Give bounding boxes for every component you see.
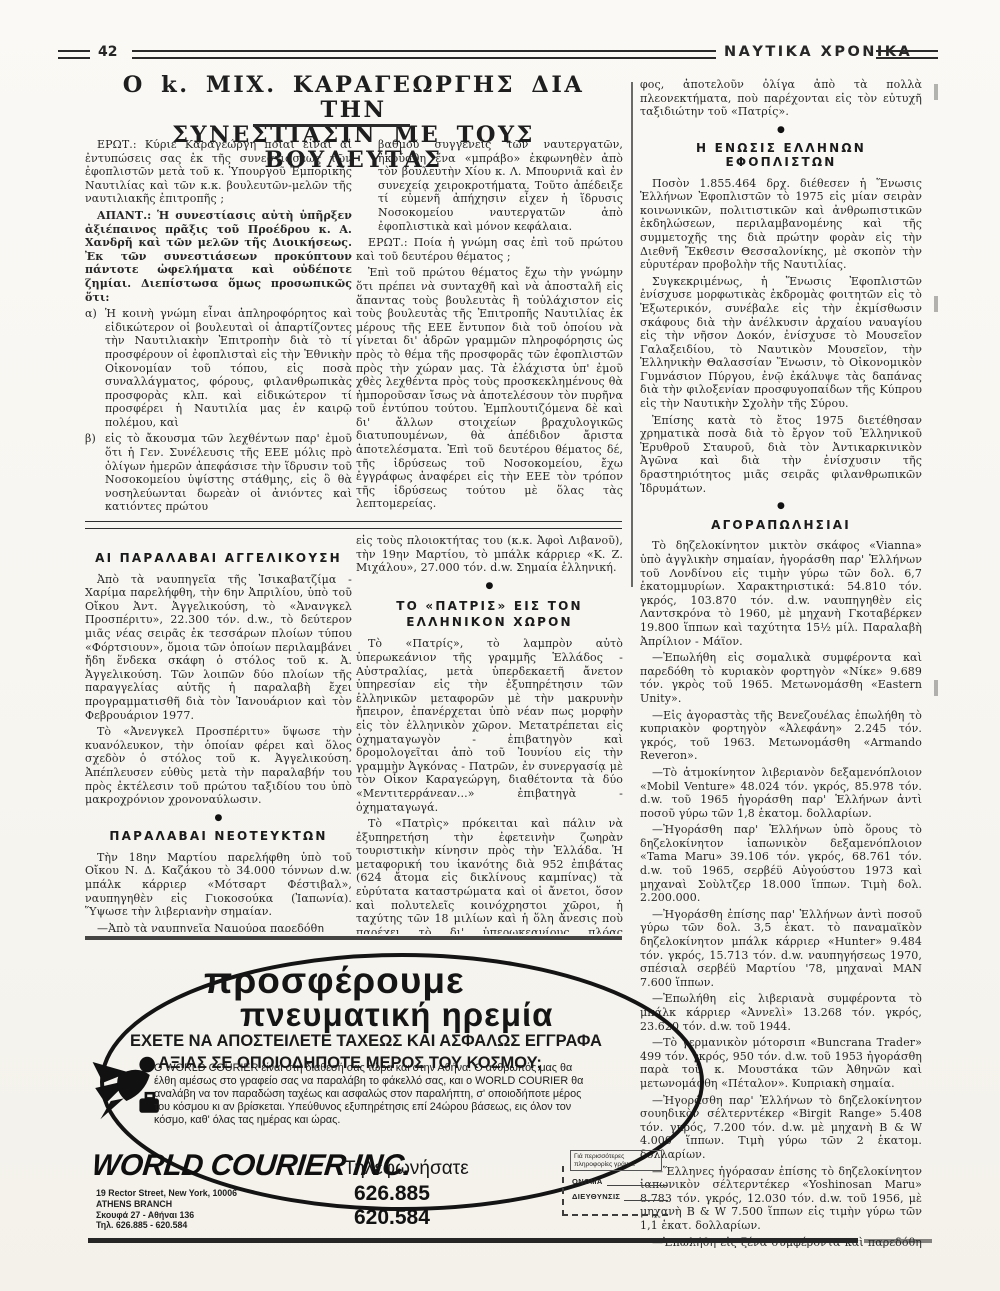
enosis-paragraph-3: Ἐπίσης κατὰ τὸ ἔτος 1975 διετέθησαν χρημ… <box>640 414 922 496</box>
page-bottom-rule-fade <box>864 1239 932 1243</box>
deliveries-continuation: εἰς τοὺς πλοιοκτήτας του (κ.κ. Ἀφοὶ Λιβα… <box>356 534 623 575</box>
interview-answer-2: Ἐπὶ τοῦ πρώτου θέματος ἔχω τὴν γνώμην ὅτ… <box>356 266 623 511</box>
sales-paragraph: —Ἠγοράσθη παρ' Ἑλλήνων ὑπὸ ὅρους τὸ δηζε… <box>640 823 922 905</box>
ad-address-block: 19 Rector Street, New York, 10006 ATHENS… <box>96 1188 237 1231</box>
bullet-separator-icon: ● <box>640 500 922 514</box>
header-rule-right <box>876 50 938 59</box>
item-b-marker: β) <box>85 432 105 514</box>
ad-subhead-line1: ΕΧΕΤΕ ΝΑ ΑΠΟΣΤΕΙΛΕΤΕ ΤΑΧΕΩΣ ΚΑΙ ΑΣΦΑΛΩΣ … <box>130 1032 602 1051</box>
neoteykta-paragraph-1: Τὴν 18ην Μαρτίου παρελήφθη ὑπὸ τοῦ Οἴκου… <box>85 851 352 919</box>
ad-info-coupon: Γιά περισσότερες πληροφορίες γράψτε ΟΝΟΜ… <box>556 1150 668 1216</box>
coupon-dashed-border <box>562 1166 668 1216</box>
header-rule-left <box>58 50 90 59</box>
section-title-neoteykta: ΠΑΡΑΛΑΒΑΙ ΝΕΟΤΕΥΚΤΩΝ <box>85 830 352 844</box>
column2-interview: βαθμοῦ συγγενεῖς τῶν ναυτεργατῶν, ἠκούσθ… <box>356 138 623 526</box>
sales-paragraph: Τὸ δηζελοκίνητον μικτὸν σκάφος «Vianna» … <box>640 539 922 648</box>
enosis-paragraph-1: Ποσὸν 1.855.464 δρχ. διέθεσεν ἡ Ἕνωσις Ἑ… <box>640 177 922 272</box>
ad-address-line4: Τηλ. 626.885 - 620.584 <box>96 1220 237 1231</box>
scan-artifact <box>934 84 938 100</box>
patris-continuation: φος, ἀποτελοῦν ὀλίγα ἀπὸ τὰ πολλὰ πλεονε… <box>640 78 922 119</box>
interview-item-a: α) Ἡ κοινὴ γνώμη εἶναι ἀπληροφόρητος καὶ… <box>85 307 352 429</box>
page-bottom-rule <box>88 1238 858 1243</box>
ad-headline-line2: πνευματική ηρεμία <box>240 996 553 1034</box>
interview-answer-1: ΑΠΑΝΤ.: Ἡ συνεστίασις αὐτὴ ὑπῆρξεν ἀξιέπ… <box>85 209 352 304</box>
article-headline-line1: Ο k. ΜΙΧ. ΚΑΡΑΓΕΩΡΓΗΣ ΔΙΑ ΤΗΝ <box>85 73 622 123</box>
item-a-text: Ἡ κοινὴ γνώμη εἶναι ἀπληροφόρητος καὶ εἰ… <box>105 307 352 429</box>
bullet-separator-icon: ● <box>85 812 352 826</box>
sales-paragraph: —Εἰς ἀγοραστὰς τῆς Βενεζουέλας ἐπωλήθη τ… <box>640 709 922 763</box>
section-title-patris: ΤΟ «ΠΑΤΡΙΣ» ΕΙΣ ΤΟΝ ΕΛΛΗΝΙΚΟΝ ΧΩΡΟΝ <box>356 598 623 630</box>
magazine-page: 42 ΝΑΥΤΙΚΑ ΧΡΟΝΙΚΑ Ο k. ΜΙΧ. ΚΑΡΑΓΕΩΡΓΗΣ… <box>0 0 1000 1291</box>
patris-paragraph-2: Τὸ «Πατρὶς» πρόκειται καὶ πάλιν νὰ ἐξυπη… <box>356 817 623 934</box>
neoteykta-paragraph-2: —Ἀπὸ τὰ ναυπηγεῖα Ναμούρα παρεδόθη <box>85 922 352 932</box>
interview-question-1: ΕΡΩΤ.: Κύριε Καραγεώργη ποῖαι εἶναι αἱ ἐ… <box>85 138 352 206</box>
patris-title-line2: ΕΛΛΗΝΙΚΟΝ ΧΩΡΟΝ <box>356 614 623 630</box>
header-rule-center <box>132 50 716 59</box>
section-divider-rule <box>85 521 622 529</box>
interview-item-b: β) εἰς τὸ ἄκουσμα τῶν λεχθέντων παρ' ἐμο… <box>85 432 352 514</box>
section-title-sales: ΑΓΟΡΑΠΩΛΗΣΙΑΙ <box>640 519 922 533</box>
ad-address-line1: 19 Rector Street, New York, 10006 <box>96 1188 237 1199</box>
bullet-separator-icon: ● <box>640 124 922 138</box>
patris-title-line1: ΤΟ «ΠΑΤΡΙΣ» ΕΙΣ ΤΟΝ <box>356 598 623 614</box>
ad-body-text: Ο WORLD COURIER είναι στη διάθεσή σας τώ… <box>154 1062 584 1127</box>
scan-artifact <box>934 680 938 696</box>
bullet-separator-icon: ● <box>356 580 623 594</box>
coupon-note-line1: Γιά περισσότερες <box>574 1153 658 1161</box>
patris-paragraph-1: Τὸ «Πατρίς», τὸ λαμπρὸν αὐτὸ ὑπερωκεάνιο… <box>356 637 623 814</box>
interview-item-b-cont: βαθμοῦ συγγενεῖς τῶν ναυτεργατῶν, ἠκούσθ… <box>356 138 623 233</box>
column-divider <box>631 82 633 587</box>
ad-top-rule <box>85 936 622 940</box>
angelikousis-paragraph-2: Τὸ «Ἀνενγκελ Προσπέριτυ» ὕψωσε τὴν κυανό… <box>85 725 352 807</box>
item-a-marker: α) <box>85 307 105 429</box>
sales-paragraph: —Τὸ ἀτμοκίνητον λιβεριανὸν δεξαμενόπλοιο… <box>640 766 922 820</box>
ad-address-line3: Σκουφά 27 - Αθήναι 136 <box>96 1210 237 1221</box>
ad-phone-number-2: 620.584 <box>354 1206 430 1230</box>
section-title-angelikousis: ΑΙ ΠΑΡΑΛΑΒΑΙ ΑΓΓΕΛΙΚΟΥΣΗ <box>85 552 352 566</box>
section-title-enosis: Η ΕΝΩΣΙΣ ΕΛΛΗΝΩΝ ΕΦΟΠΛΙΣΤΩΝ <box>640 142 922 169</box>
scan-artifact <box>934 296 938 312</box>
column1-interview: ΕΡΩΤ.: Κύριε Καραγεώργη ποῖαι εἶναι αἱ ἐ… <box>85 138 352 526</box>
sales-paragraph: —Ἐπωλήθη εἰς σομαλικὰ συμφέροντα καὶ παρ… <box>640 651 922 705</box>
headline-underline <box>253 124 410 127</box>
angelikousis-paragraph-1: Ἀπὸ τὰ ναυπηγεῖα τῆς Ἰσικαβατζίμα - Χαρί… <box>85 573 352 723</box>
ad-phone-label: Τηλεφωνήσατε <box>344 1158 469 1180</box>
page-number: 42 <box>98 44 117 60</box>
ad-phone-number-1: 626.885 <box>354 1182 430 1206</box>
ad-address-line2: ATHENS BRANCH <box>96 1199 237 1210</box>
column2-sections: εἰς τοὺς πλοιοκτήτας του (κ.κ. Ἀφοὶ Λιβα… <box>356 534 623 934</box>
item-b-text: εἰς τὸ ἄκουσμα τῶν λεχθέντων παρ' ἐμοῦ ὅ… <box>105 432 352 514</box>
enosis-paragraph-2: Συγκεκριμένως, ἡ Ἕνωσις Ἐφοπλιστῶν ἐνίσχ… <box>640 275 922 411</box>
column1-sections: ΑΙ ΠΑΡΑΛΑΒΑΙ ΑΓΓΕΛΙΚΟΥΣΗ Ἀπὸ τὰ ναυπηγεῖ… <box>85 548 352 932</box>
interview-question-2: ΕΡΩΤ.: Ποία ἡ γνώμη σας ἐπὶ τοῦ πρώτου κ… <box>356 236 623 263</box>
